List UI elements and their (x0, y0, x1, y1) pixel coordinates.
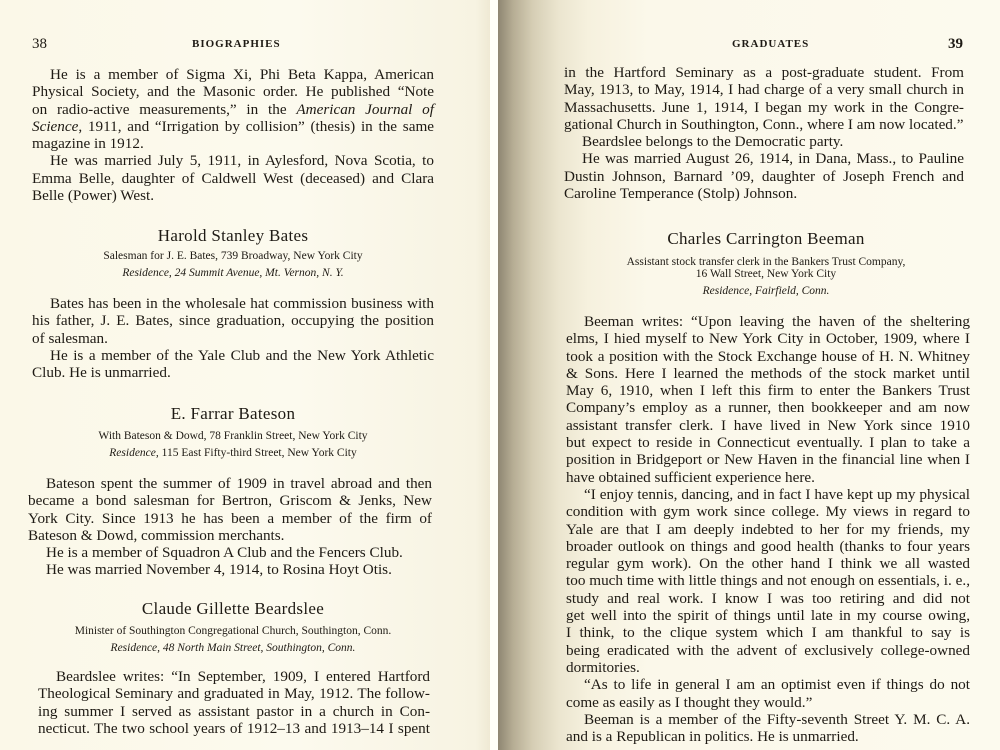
text-line: and is a Republican in politics. He is u… (566, 728, 970, 745)
text-line: Yale are that I am deeply indebted to he… (566, 521, 970, 538)
text-line: broader outlook on things and good healt… (566, 538, 970, 555)
text-line: Emma Belle, daughter of Caldwell West (d… (32, 170, 434, 187)
text-line: Caroline Temperance (Stolp) Johnson. (564, 185, 964, 202)
text-line: Beardslee writes: “In September, 1909, I… (38, 668, 430, 685)
entry-body: Bateson spent the summer of 1909 in trav… (28, 475, 432, 579)
text-line: Bateson spent the summer of 1909 in trav… (28, 475, 432, 492)
entry-address: 16 Wall Street, New York City (568, 266, 964, 283)
text-line: “I enjoy tennis, dancing, and in fact I … (566, 486, 970, 503)
text-line: Massachusetts. June 1, 1914, I began my … (564, 99, 964, 116)
text-line: study and real work. I know I was too re… (566, 590, 970, 607)
text-line: assistant transfer clerk. I have lived i… (566, 417, 970, 434)
text-line: & Sons. Here I learned the methods of th… (566, 365, 970, 382)
text-line: He was married July 5, 1911, in Aylesfor… (32, 152, 434, 169)
entry-name: Claude Gillette Beardslee (0, 599, 466, 619)
text-line: elms, I hied myself to New York City in … (566, 330, 970, 347)
text-line: come as easily as I thought they would.” (566, 694, 970, 711)
text-line: became a bond salesman for Bertron, Gris… (28, 492, 432, 509)
text-line: I think, to the clique system which I am… (566, 624, 970, 641)
text-line: on radio-active measurements,” in the Am… (32, 101, 434, 118)
text-line: May 6, 1910, when I left this firm to en… (566, 382, 970, 399)
text-line: Bateson & Dowd, commission merchants. (28, 527, 432, 544)
entry-body: Bates has been in the wholesale hat comm… (32, 295, 434, 381)
entry-body: Beardslee writes: “In September, 1909, I… (38, 668, 430, 737)
text-line: ing summer I served as assistant pastor … (38, 703, 430, 720)
text-line: dormitories. (566, 659, 970, 676)
entry-name: E. Farrar Bateson (0, 404, 466, 424)
page-gap (490, 0, 498, 750)
text-line: Belle (Power) West. (32, 187, 434, 204)
page-number-right: 39 (948, 36, 963, 53)
text-line: his father, J. E. Bates, since graduatio… (32, 312, 434, 329)
entry-name: Harold Stanley Bates (0, 226, 466, 246)
entry-occupation: With Bateson & Dowd, 78 Franklin Street,… (0, 428, 466, 445)
opening-text: He is a member of Sigma Xi, Phi Beta Kap… (32, 66, 434, 204)
text-line: He is a member of Squadron A Club and th… (28, 544, 432, 561)
entry-occupation: Salesman for J. E. Bates, 739 Broadway, … (0, 248, 466, 265)
text-line: He is a member of the Yale Club and the … (32, 347, 434, 364)
text-line: He was married August 26, 1914, in Dana,… (564, 150, 964, 167)
entry-name: Charles Carrington Beeman (568, 229, 964, 249)
text-line: too much time with little things and not… (566, 572, 970, 589)
entry-residence: Residence, 48 North Main Street, Southin… (0, 640, 466, 657)
entry-residence: Residence, 115 East Fifty-third Street, … (0, 445, 466, 462)
right-page: GRADUATES 39 in the Hartford Seminary as… (498, 0, 1000, 750)
entry-residence: Residence, Fairfield, Conn. (568, 283, 964, 300)
text-line: but expect to reside in Connecticut even… (566, 434, 970, 451)
text-line: condition with gym work since college. M… (566, 503, 970, 520)
text-line: gational Church in Southington, Conn., w… (564, 116, 964, 133)
text-line: have obtained sufficient experience here… (566, 469, 970, 486)
text-line: took a position with the Stock Exchange … (566, 348, 970, 365)
text-line: in the Hartford Seminary as a post-gradu… (564, 64, 964, 81)
entry-residence: Residence, 24 Summit Avenue, Mt. Vernon,… (0, 265, 466, 282)
entry-body: Beeman writes: “Upon leaving the haven o… (566, 313, 970, 745)
text-line: Bates has been in the wholesale hat comm… (32, 295, 434, 312)
entry-occupation: Minister of Southington Congregational C… (0, 623, 466, 640)
text-line: Beeman is a member of the Fifty-seventh … (566, 711, 970, 728)
text-line: Beardslee belongs to the Democratic part… (564, 133, 964, 150)
text-line: of salesman. (32, 330, 434, 347)
text-line: Dustin Johnson, Barnard ’09, daughter of… (564, 168, 964, 185)
text-line: Theological Seminary and graduated in Ma… (38, 685, 430, 702)
text-line: magazine in 1912. (32, 135, 434, 152)
text-line: Physical Society, and the Masonic order.… (32, 83, 434, 100)
text-line: May, 1913, to May, 1914, I had charge of… (564, 81, 964, 98)
text-line: York City. Since 1913 he has been a memb… (28, 510, 432, 527)
text-line: regular gym work). On the other hand I t… (566, 555, 970, 572)
text-line: He was married November 4, 1914, to Rosi… (28, 561, 432, 578)
left-page: 38 BIOGRAPHIES He is a member of Sigma X… (0, 0, 490, 750)
continuation-text: in the Hartford Seminary as a post-gradu… (564, 64, 964, 202)
text-line: He is a member of Sigma Xi, Phi Beta Kap… (32, 66, 434, 83)
running-head-right: GRADUATES (732, 38, 809, 50)
text-line: Company’s employ as a runner, then bookk… (566, 399, 970, 416)
text-line: “As to life in general I am an optimist … (566, 676, 970, 693)
text-line: necticut. The two school years of 1912–1… (38, 720, 430, 737)
page-number-left: 38 (32, 36, 47, 53)
text-line: position in Bridgeport or New Haven in t… (566, 451, 970, 468)
text-line: Club. He is unmarried. (32, 364, 434, 381)
text-line: Beeman writes: “Upon leaving the haven o… (566, 313, 970, 330)
text-line: get well into the spirit of things until… (566, 607, 970, 624)
text-line: Science, 1911, and “Irrigation by collis… (32, 118, 434, 135)
text-line: being eradicated with the advent of excl… (566, 642, 970, 659)
running-head-left: BIOGRAPHIES (192, 38, 281, 50)
